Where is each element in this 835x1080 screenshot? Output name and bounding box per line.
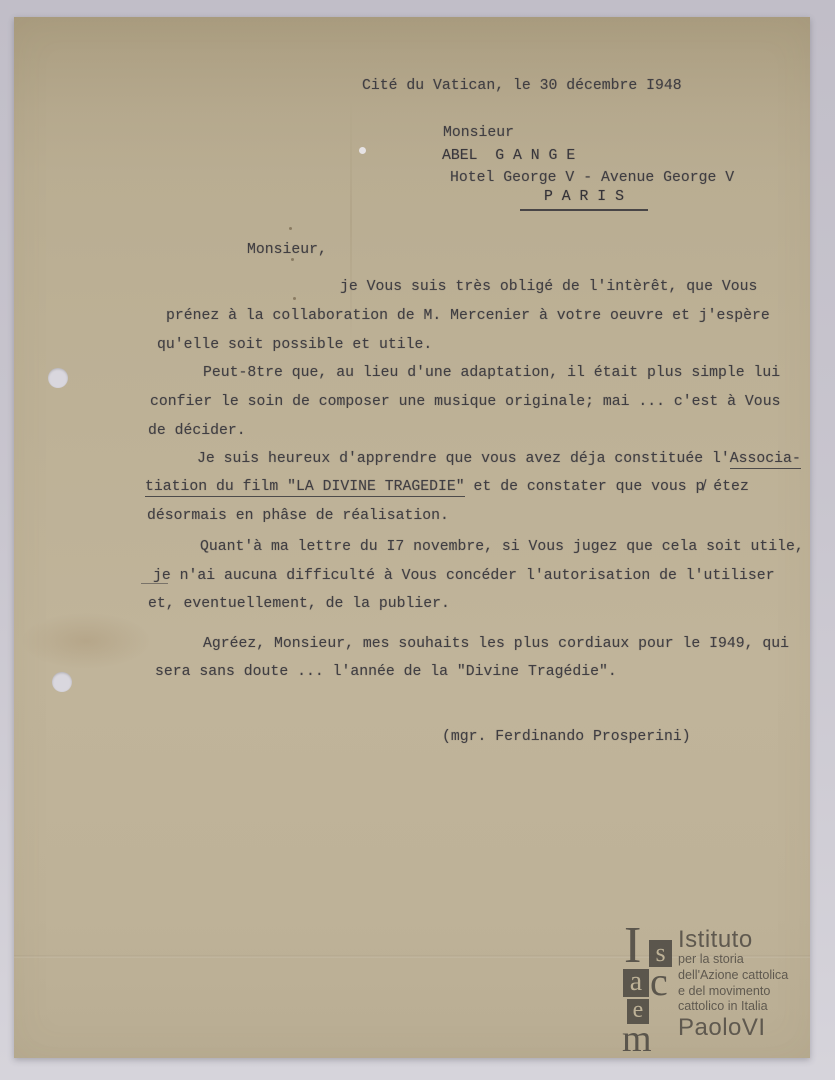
watermark-letter-m: m: [622, 1020, 652, 1058]
watermark-line: per la storia: [678, 952, 788, 968]
recipient-hotel: Hotel George V - Avenue George V: [450, 169, 734, 188]
paper-shading: [14, 17, 810, 177]
paragraph3-line1-plain: Je suis heureux d'apprendre que vous ave…: [197, 451, 730, 467]
paragraph3-line1-underlined: Associa-: [730, 451, 801, 469]
isacem-acronym: I s a c e m: [622, 928, 674, 1054]
recipient-city: P A R I S: [520, 188, 648, 211]
paragraph3-line2-plain: et de constater que vous p̸ étez: [465, 479, 749, 495]
watermark-line: cattolico in Italia: [678, 999, 788, 1015]
paragraph5-line2: sera sans doute ... l'année de la "Divin…: [155, 663, 617, 682]
watermark-letter-i: I: [624, 920, 641, 972]
letter-page: Cité du Vatican, le 30 décembre I948 Mon…: [14, 17, 810, 1058]
watermark-footer: PaoloVI: [678, 1015, 788, 1041]
paragraph3-line3: désormais en phâse de réalisation.: [147, 507, 449, 526]
watermark-line: dell'Azione cattolica: [678, 968, 788, 984]
recipient-title: Monsieur: [443, 124, 514, 143]
paper-speck: [289, 227, 292, 230]
paragraph5-line1: Agréez, Monsieur, mes souhaits les plus …: [203, 635, 789, 654]
paragraph2-line3: de décider.: [148, 422, 246, 441]
salutation: Monsieur,: [247, 241, 327, 260]
paper-speck: [293, 297, 296, 300]
watermark-text: Istituto per la storia dell'Azione catto…: [678, 928, 788, 1041]
paragraph4-line1: Quant'à ma lettre du I7 novembre, si Vou…: [200, 538, 804, 557]
paragraph1-line2: prénez à la collaboration de M. Mercenie…: [166, 307, 770, 326]
paragraph2-line2: confier le soin de composer une musique …: [150, 393, 780, 412]
paper-fleck: [359, 147, 366, 154]
paragraph4-line3: et, eventuellement, de la publier.: [148, 595, 450, 614]
watermark-letter-a: a: [623, 969, 649, 997]
paragraph1-line3: qu'elle soit possible et utile.: [157, 336, 432, 355]
watermark-letter-c: c: [650, 962, 668, 1002]
watermark-line: e del movimento: [678, 984, 788, 1000]
paragraph3-line1: Je suis heureux d'apprendre que vous ave…: [197, 450, 801, 469]
date-line: Cité du Vatican, le 30 décembre I948: [362, 77, 682, 96]
paper-stain: [22, 613, 150, 669]
paragraph4-line2: je n'ai aucuna difficulté à Vous concéde…: [153, 567, 775, 586]
watermark-title: Istituto: [678, 928, 788, 952]
paragraph3-line2: tiation du film "LA DIVINE TRAGEDIE" et …: [145, 478, 749, 497]
paragraph1-line1: je Vous suis très obligé de l'intèrêt, q…: [340, 278, 757, 297]
punch-hole-bottom: [52, 672, 72, 692]
film-title-underlined: tiation du film "LA DIVINE TRAGEDIE": [145, 479, 465, 497]
paragraph2-line1: Peut-8tre que, au lieu d'une adaptation,…: [203, 364, 780, 383]
recipient-name: ABEL G A N G E: [442, 147, 575, 166]
signature-line: (mgr. Ferdinando Prosperini): [442, 728, 691, 747]
isacem-watermark: I s a c e m Istituto per la storia dell'…: [622, 926, 822, 1056]
punch-hole-top: [48, 368, 68, 388]
